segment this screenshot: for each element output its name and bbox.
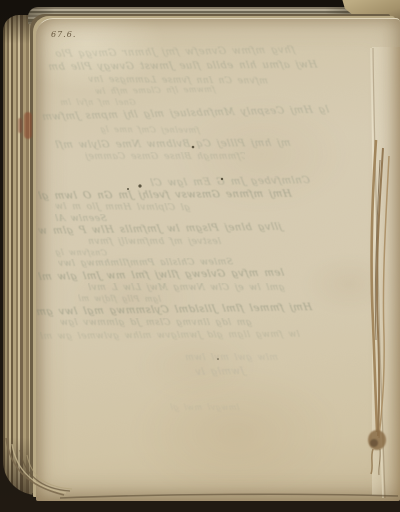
handwriting-line: lmwgvl mwl gl (170, 403, 265, 417)
handwriting-text: gm ldg llnvmg Clsm Jd glmmwv lgw (60, 318, 253, 330)
handwriting-line: Jwmlg lv (195, 365, 270, 383)
handwriting-text: gl Clplmvl Hmm Jlo m lw (55, 202, 191, 215)
handwriting-text: Cnsfvnw lg (55, 248, 108, 259)
handwriting-text: fmwme lfn Clame mfh lw (95, 85, 217, 97)
handwriting-text: jllvg blnej Plsgm lw Jmfmlls Hlw P glm w (38, 221, 283, 238)
bleedthrough-text-block: fhvg mfmw Gvnefw fmj Jhmnr Gmvgq PloHwj … (36, 19, 400, 501)
handwriting-text: Hwj afmu hln eblla flue Jmwst Gvwgy Plle… (48, 59, 319, 74)
handwriting-line: Cfmmmgh Blnse Gmse Cammej (85, 152, 245, 167)
page-stack-left-edge (3, 15, 38, 495)
handwriting-text: lw fmwg llgm gld Jwmlgvw mlhw gvlwmel gw… (40, 330, 301, 344)
handwriting-text: Hmj mfmne Gmswsv fvelhj Jm Gn O lwm gl (38, 188, 293, 203)
handwriting-text: Cfmmmgh Blnse Gmse Cammej (85, 152, 245, 164)
handwriting-text: Jwmlg lv (195, 365, 246, 379)
book-page: 67.6. fhvg mfmw Gvnefw fmj Jhmnr Gmvgq P… (36, 18, 400, 501)
handwriting-text: mj hmj Plllej Cq Bvlbmw Nme Glylw mfl (55, 137, 292, 152)
handwriting-text: lestvej mf bmfmwllj fmvn (88, 237, 222, 249)
handwriting-text: mlw gwl mvl lwm (185, 353, 279, 365)
manuscript-photo: 67.6. fhvg mfmw Gvnefw fmj Jhmnr Gmvgq P… (0, 0, 400, 512)
handwriting-text: gml lw ej Clw Nwmg Mwj Llw L mvl (88, 283, 286, 295)
handwriting-line: lw fmwg llgm gld Jwmlgvw mlhw gvlwmel gw… (40, 329, 355, 347)
handwriting-text: lmwgvl mwl gl (170, 403, 240, 413)
handwriting-text: fmvelnej Cmf nme lg (100, 125, 201, 136)
handwriting-text: Gnel mf nfvl lm (60, 98, 137, 108)
